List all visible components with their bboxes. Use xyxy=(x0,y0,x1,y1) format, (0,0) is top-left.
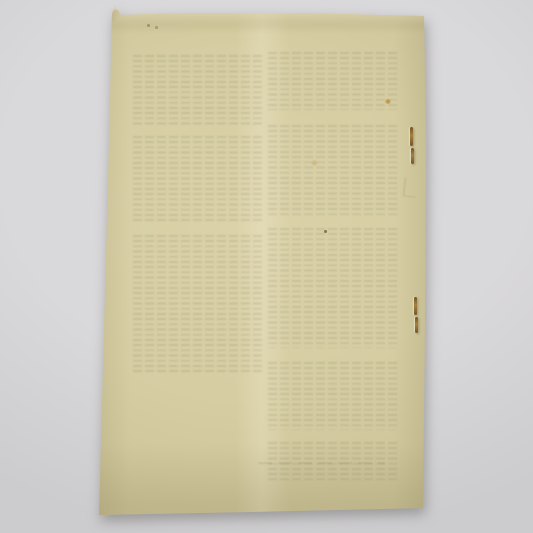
ghost-text-column-right xyxy=(268,52,398,480)
ghost-footer-line xyxy=(258,462,385,468)
staple-top-upper-leg xyxy=(410,127,413,146)
ghost-text-paragraph xyxy=(268,228,398,348)
paper-shadow-wrapper xyxy=(0,0,533,533)
staple-top-lower-leg xyxy=(411,148,414,164)
staple-bottom-upper-leg xyxy=(414,297,417,315)
photo-backdrop xyxy=(0,0,533,533)
paper-speck xyxy=(155,26,158,29)
ghost-text-paragraph xyxy=(268,442,398,480)
ghost-text-paragraph xyxy=(133,235,264,372)
foxing-spot xyxy=(385,99,391,104)
ink-speck xyxy=(324,230,327,233)
ghost-text-paragraph xyxy=(133,136,264,224)
pamphlet-back-cover xyxy=(0,0,533,533)
staple-bottom-lower-leg xyxy=(415,317,418,333)
torn-corner xyxy=(110,10,126,22)
foxing-spot xyxy=(311,160,318,166)
ghost-text-paragraph xyxy=(268,362,398,430)
paper-speck xyxy=(147,24,150,27)
crease-mark xyxy=(403,177,418,197)
ghost-text-paragraph xyxy=(133,55,264,127)
ghost-text-column-left xyxy=(133,55,264,372)
ghost-text-paragraph xyxy=(268,52,398,110)
ghost-text-paragraph xyxy=(268,125,398,215)
